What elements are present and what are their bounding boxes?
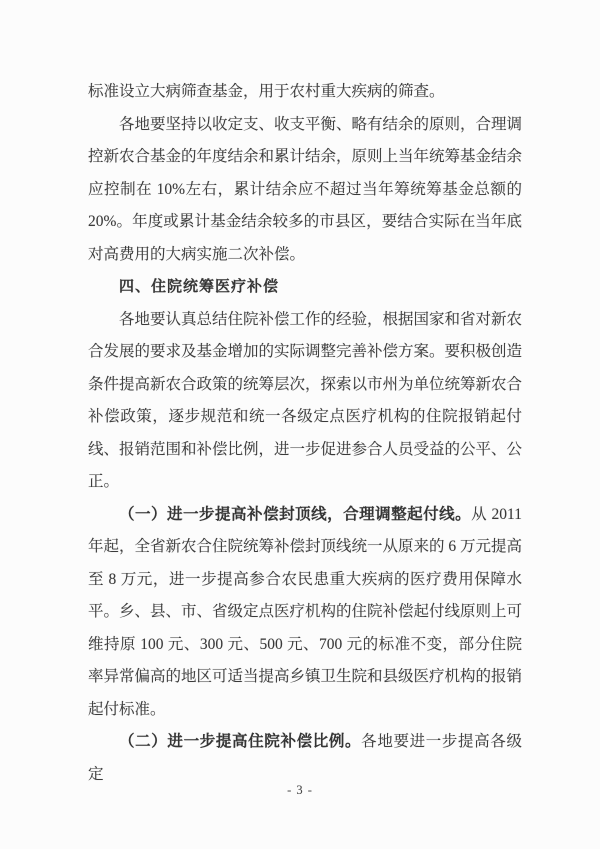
page-number: - 3 -	[0, 783, 600, 798]
paragraph-text: 各地要认真总结住院补偿工作的经验，根据国家和省对新农合发展的要求及基金增加的实际…	[88, 311, 522, 491]
paragraph-subitem-2: （二）进一步提高住院补偿比例。各地要进一步提高各级定	[88, 726, 522, 791]
paragraph-lead-bold: （二）进一步提高住院补偿比例。	[119, 733, 361, 750]
paragraph-lead-bold: （一）进一步提高补偿封顶线，合理调整起付线。	[119, 506, 471, 523]
paragraph-subitem-1: （一）进一步提高补偿封顶线，合理调整起付线。从 2011 年起，全省新农合住院统…	[88, 499, 522, 727]
section-heading: 四、住院统筹医疗补偿	[88, 271, 522, 304]
document-page: 标准设立大病筛查基金，用于农村重大疾病的筛查。 各地要坚持以收定支、收支平衡、略…	[0, 0, 600, 849]
section-heading-text: 四、住院统筹医疗补偿	[119, 278, 279, 295]
paragraph-text: 从 2011 年起，全省新农合住院统筹补偿封顶线统一从原来的 6 万元提高至 8…	[88, 506, 522, 718]
paragraph-continuation: 标准设立大病筛查基金，用于农村重大疾病的筛查。	[88, 76, 522, 109]
paragraph: 各地要坚持以收定支、收支平衡、略有结余的原则，合理调控新农合基金的年度结余和累计…	[88, 109, 522, 272]
paragraph-text: 标准设立大病筛查基金，用于农村重大疾病的筛查。	[88, 83, 445, 100]
paragraph: 各地要认真总结住院补偿工作的经验，根据国家和省对新农合发展的要求及基金增加的实际…	[88, 304, 522, 499]
document-body: 标准设立大病筛查基金，用于农村重大疾病的筛查。 各地要坚持以收定支、收支平衡、略…	[88, 76, 522, 791]
paragraph-text: 各地要坚持以收定支、收支平衡、略有结余的原则，合理调控新农合基金的年度结余和累计…	[88, 116, 522, 263]
